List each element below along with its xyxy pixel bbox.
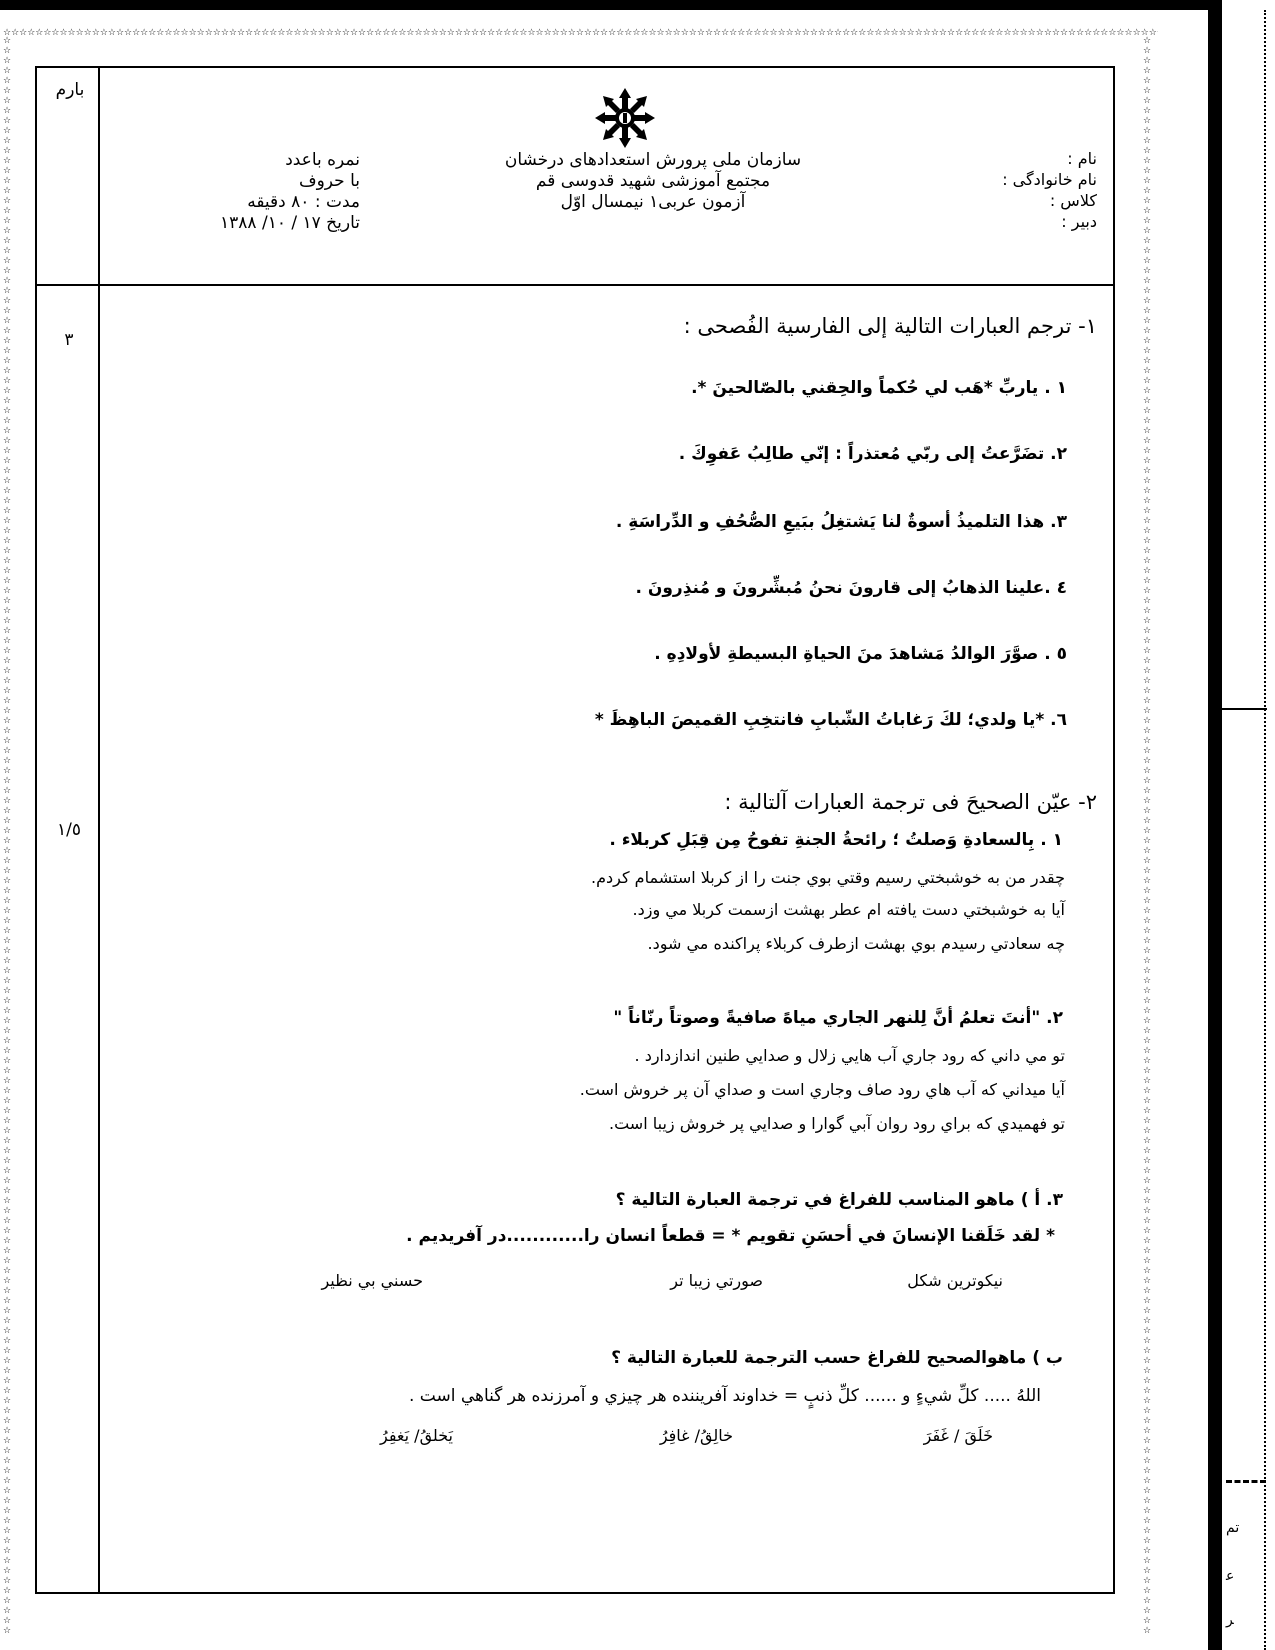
q2-part-3a-choice-1[interactable]: نيكوترين شكل — [907, 1271, 1003, 1290]
star-border-right: ☆☆☆☆☆☆☆☆☆☆☆☆☆☆☆☆☆☆☆☆☆☆☆☆☆☆☆☆☆☆☆☆☆☆☆☆☆☆☆☆… — [1143, 36, 1153, 1648]
question-2-title: ۲- عيّن الصحيحَ فی ترجمة العبارات آلتالي… — [724, 790, 1097, 814]
exam-body: ۱- ترجم العبارات التالیة إلی الفارسیة ال… — [100, 286, 1113, 1592]
score-words: با حروف — [160, 171, 360, 192]
margin-dash — [1226, 1480, 1266, 1483]
q1-item-1: ۱ . یاربِّ *هَب لي حُكماً والحِقني بالصّ… — [691, 378, 1067, 398]
field-family-name: نام خانوادگی : — [1002, 169, 1097, 190]
q2-part-2-option-2[interactable]: آيا ميداني كه آب هاي رود صاف وجاري است و… — [580, 1080, 1065, 1099]
q2-part-2-option-1[interactable]: تو مي داني كه رود جاري آب هايي زلال و صد… — [635, 1046, 1065, 1065]
field-class: کلاس : — [1002, 190, 1097, 211]
margin-fragment: ﺗﻢ — [1226, 1520, 1239, 1536]
q1-item-5: ٥ . صوَّرَ الوالدُ مَشاهدَ منَ الحياةِ ا… — [654, 644, 1067, 664]
field-name: نام : — [1002, 148, 1097, 169]
q2-part-1-option-1[interactable]: چقدر من به خوشبختي رسيم وقتي بوي جنت را … — [591, 868, 1065, 887]
star-emblem-icon — [595, 88, 655, 148]
margin-fragment: ﻋ — [1226, 1568, 1234, 1584]
question-2-score: ۱/٥ — [43, 820, 95, 840]
barem-header: بارم — [45, 80, 95, 100]
q2-part-1-option-2[interactable]: آيا به خوشبختي دست يافته ام عطر بهشت ازس… — [633, 900, 1065, 919]
scan-top-edge — [0, 0, 1275, 10]
margin-rule — [1222, 708, 1267, 710]
q1-item-4: ٤ .علينا الذهابُ إلی قارونَ نحنُ مُبشِّر… — [635, 578, 1067, 598]
exam-duration: مدت : ۸۰ دقیقه — [160, 192, 360, 213]
q2-part-3a-choice-3[interactable]: حسني بي نظير — [321, 1271, 423, 1290]
question-1-title: ۱- ترجم العبارات التالیة إلی الفارسیة ال… — [684, 314, 1097, 338]
organization-name: سازمان ملی پرورش استعدادهای درخشان — [503, 150, 803, 171]
exam-header: نام : نام خانوادگی : کلاس : دبیر : سازما… — [100, 68, 1113, 284]
q2-part-3a-sentence: * لقد خَلَقنا الإنسانَ في أحسَنِ تقويم *… — [406, 1226, 1055, 1246]
q2-part-2-prompt: ۲. "أنتَ تعلمُ أنَّ لِلنهر الجاري مياهً … — [613, 1008, 1063, 1028]
exam-date: تاریخ ۱۷ / ۱۰/ ۱۳۸۸ — [160, 213, 360, 234]
q2-part-3b-sentence: اللهُ ..... كلِّ شيءٍ و ...... كلِّ ذنبٍ… — [409, 1386, 1041, 1406]
question-1-score: ۳ — [43, 330, 95, 350]
student-info-fields: نام : نام خانوادگی : کلاس : دبیر : — [1002, 148, 1097, 232]
q1-item-2: ۲. تضَرَّعتُ إلی ربّي مُعتذراً : إنّي طا… — [679, 444, 1067, 464]
star-border-left: ☆☆☆☆☆☆☆☆☆☆☆☆☆☆☆☆☆☆☆☆☆☆☆☆☆☆☆☆☆☆☆☆☆☆☆☆☆☆☆☆… — [3, 36, 13, 1648]
score-numeric: نمره باعدد — [160, 150, 360, 171]
field-teacher: دبیر : — [1002, 211, 1097, 232]
q2-part-3a-prompt: ۳. أ ) ماهو المناسب للفراغ في ترجمة العب… — [616, 1190, 1063, 1210]
q1-item-6: ٦. *يا ولدي؛ لكَ رَغاباتُ الشّبابِ فانتخ… — [595, 710, 1067, 730]
school-name: مجتمع آموزشی شهید قدوسی قم — [503, 171, 803, 192]
q1-item-3: ۳. هذا التلميذُ أسوةٌ لنا يَشتغِلُ ببَيع… — [616, 512, 1067, 532]
star-border-top: ☆☆☆☆☆☆☆☆☆☆☆☆☆☆☆☆☆☆☆☆☆☆☆☆☆☆☆☆☆☆☆☆☆☆☆☆☆☆☆☆… — [3, 28, 1158, 38]
score-info: نمره باعدد با حروف مدت : ۸۰ دقیقه تاریخ … — [160, 150, 360, 234]
exam-sheet: بارم ۳ ۱/٥ نام : نام خانوادگی : کلاس : د… — [35, 66, 1115, 1594]
q2-part-3b-prompt: ب ) ماهوالصحيح للفراغ حسب الترجمة للعبار… — [611, 1348, 1063, 1368]
page-gutter-shadow — [1208, 0, 1222, 1650]
perforation-line — [1264, 10, 1266, 1650]
q2-part-1-option-3[interactable]: چه سعادتي رسيدم بوي بهشت ازطرف كربلاء پر… — [647, 934, 1065, 953]
q2-part-3b-choice-3[interactable]: يَخلقُ/ يَغفِرُ — [380, 1426, 453, 1445]
q2-part-3a-choice-2[interactable]: صورتي زيبا تر — [670, 1271, 763, 1290]
organization-info: سازمان ملی پرورش استعدادهای درخشان مجتمع… — [503, 150, 803, 213]
exam-name: آزمون عربی۱ نیمسال اوّل — [503, 192, 803, 213]
q2-part-3b-choice-1[interactable]: خَلَقَ / غَفَرَ — [924, 1426, 993, 1445]
q2-part-3b-choice-2[interactable]: خالِقُ/ غافِرُ — [660, 1426, 733, 1445]
q2-part-2-option-3[interactable]: تو فهميدي كه براي رود روان آبي گوارا و ص… — [609, 1114, 1065, 1133]
margin-fragment: ﺮ — [1226, 1612, 1234, 1628]
q2-part-1-prompt: ۱ . بِالسعادةِ وَصلتُ ؛ رائحةُ الجنةِ تف… — [609, 830, 1063, 850]
adjacent-page-edge: ﺗﻢ ﻋ ﺮ — [1208, 0, 1275, 1650]
